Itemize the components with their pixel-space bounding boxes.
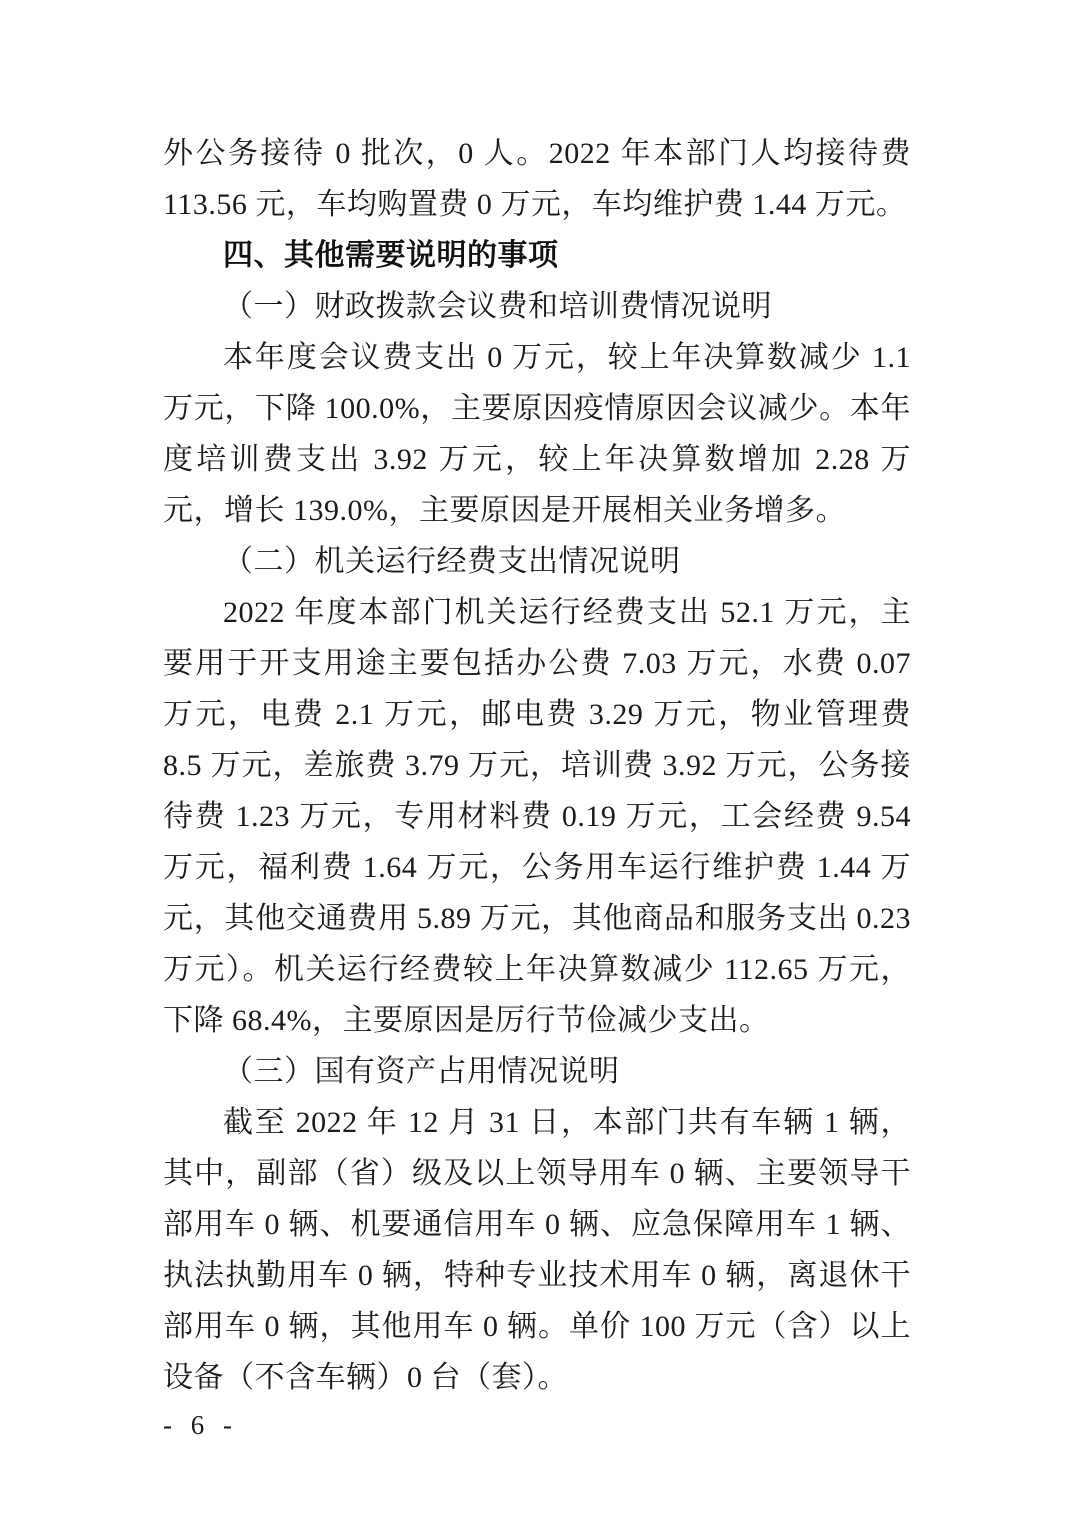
- section-heading-4: 四、其他需要说明的事项: [163, 230, 911, 281]
- subsection-heading-2: （二）机关运行经费支出情况说明: [163, 536, 911, 587]
- document-content: 外公务接待 0 批次，0 人。2022 年本部门人均接待费 113.56 元，车…: [163, 128, 911, 1445]
- paragraph-continued-from-previous-page: 外公务接待 0 批次，0 人。2022 年本部门人均接待费 113.56 元，车…: [163, 128, 911, 230]
- subsection-heading-1: （一）财政拨款会议费和培训费情况说明: [163, 281, 911, 332]
- paragraph-operating-expenses: 2022 年度本部门机关运行经费支出 52.1 万元，主要用于开支用途主要包括办…: [163, 587, 911, 1046]
- paragraph-meeting-training-fees: 本年度会议费支出 0 万元，较上年决算数减少 1.1 万元，下降 100.0%，…: [163, 332, 911, 536]
- document-page: 外公务接待 0 批次，0 人。2022 年本部门人均接待费 113.56 元，车…: [0, 0, 1074, 1520]
- paragraph-state-assets: 截至 2022 年 12 月 31 日，本部门共有车辆 1 辆，其中，副部（省）…: [163, 1097, 911, 1403]
- subsection-heading-3: （三）国有资产占用情况说明: [163, 1046, 911, 1097]
- page-number: - 6 -: [163, 1405, 911, 1445]
